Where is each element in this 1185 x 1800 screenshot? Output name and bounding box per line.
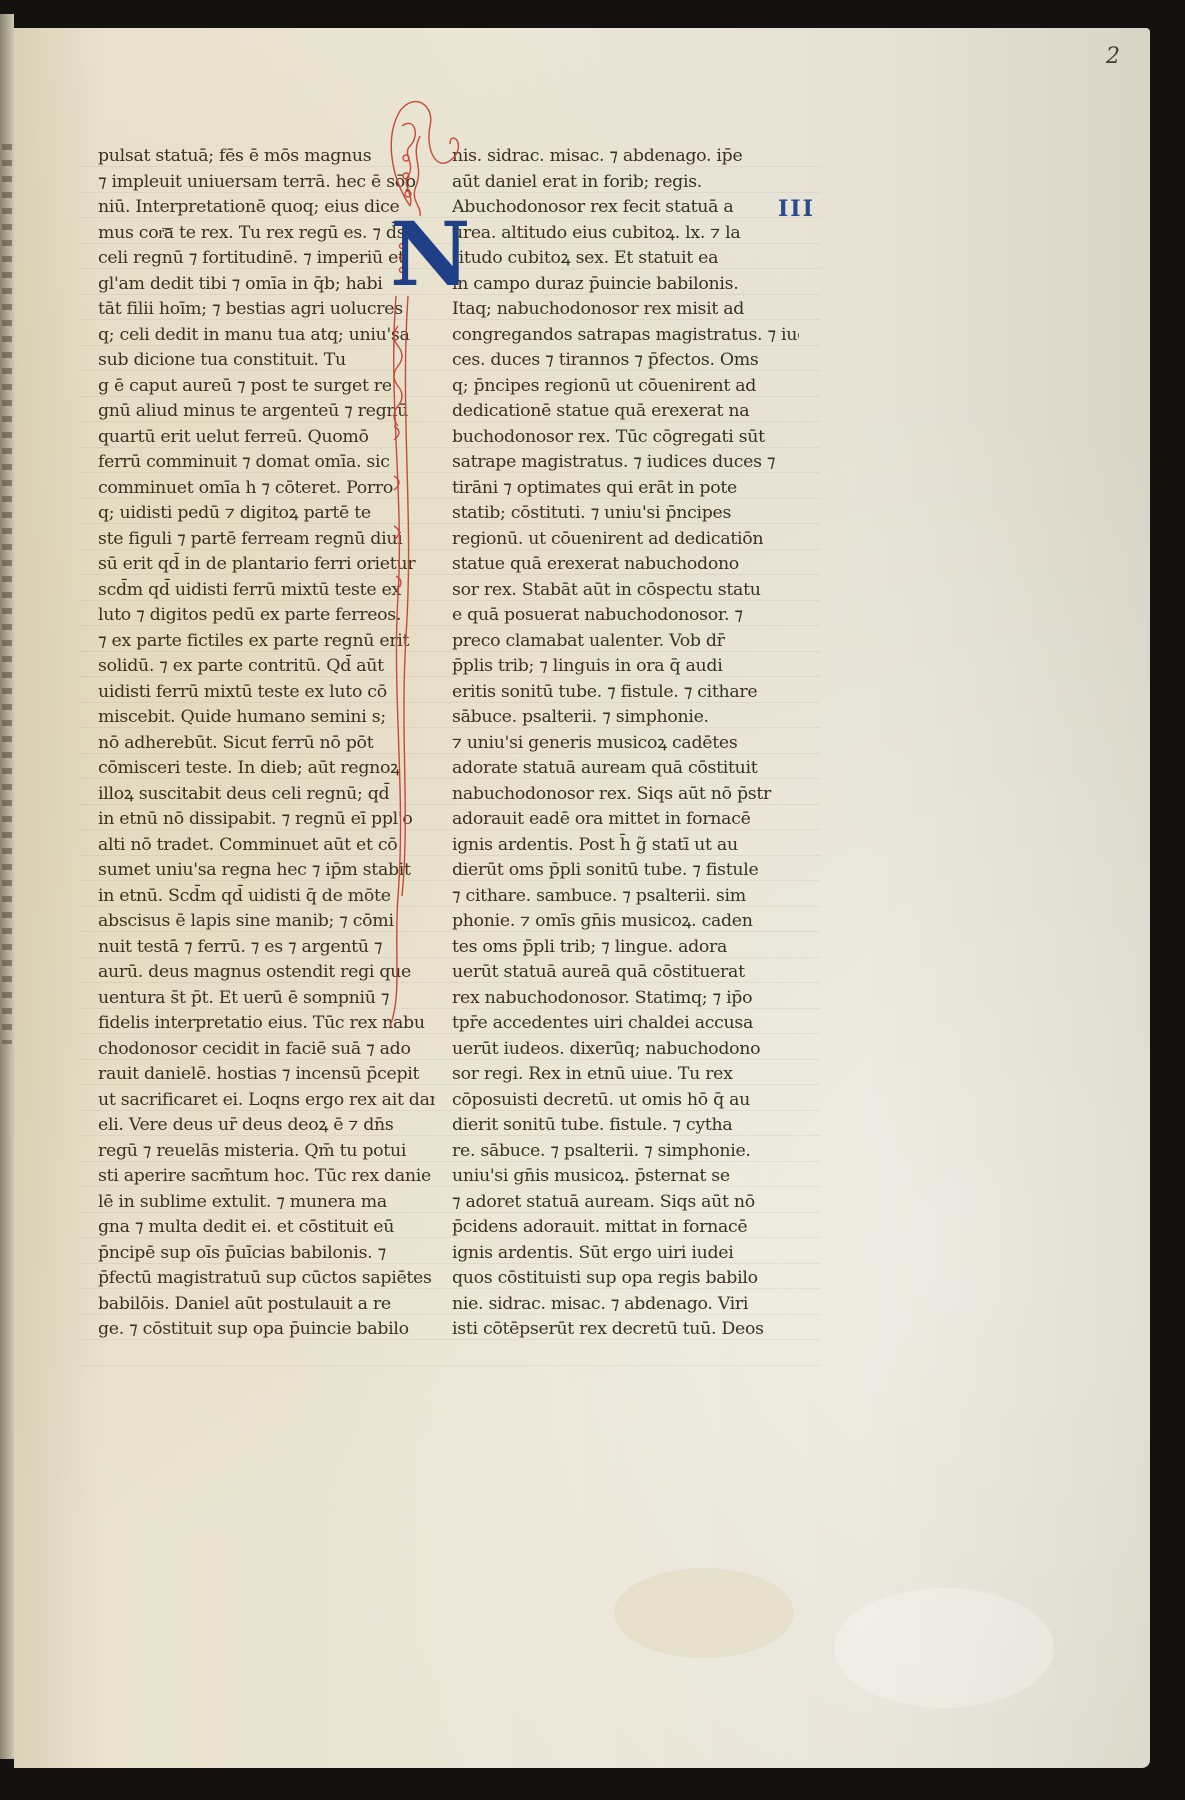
text-column-left: pulsat statuā; fēs ē mōs magnus⁊ impleui… bbox=[98, 144, 428, 1343]
text-line: q; p̄ncipes regionū ut cōuenirent ad bbox=[452, 374, 799, 400]
text-line: dierit sonitū tube. fistule. ⁊ cytha bbox=[452, 1113, 799, 1139]
text-line: satrape magistratus. ⁊ iudices duces ⁊ bbox=[452, 450, 799, 476]
text-line: eli. Vere deus ur̄ deus deoꝝ ē ⁊ dn̄s bbox=[98, 1113, 435, 1139]
initial-letter: N bbox=[390, 210, 470, 298]
text-line: cōposuisti decretū. ut omis hō q̄ au bbox=[452, 1088, 799, 1114]
text-line: Itaq; nabuchodonosor rex misit ad bbox=[452, 297, 799, 323]
text-line: tirāni ⁊ optimates qui erāt in pote bbox=[452, 476, 799, 502]
text-line: ⁊ cithare. sambuce. ⁊ psalterii. sim bbox=[452, 884, 799, 910]
text-line: lē in sublime extulit. ⁊ munera ma bbox=[98, 1190, 435, 1216]
text-line: re. sābuce. ⁊ psalterii. ⁊ simphonie. bbox=[452, 1139, 799, 1165]
text-line: dierūt oms p̄pli sonitū tube. ⁊ fistule bbox=[452, 858, 799, 884]
text-line: uerūt statuā aureā quā cōstituerat bbox=[452, 960, 799, 986]
text-line: sti aperire sacm̄tum hoc. Tūc rex danie bbox=[98, 1164, 435, 1190]
text-line: preco clamabat ualenter. Vob dr̄ bbox=[452, 629, 799, 655]
text-line: nie. sidrac. misac. ⁊ abdenago. Viri bbox=[452, 1292, 799, 1318]
text-line: isti cōtēpserūt rex decretū tuū. Deos bbox=[452, 1317, 799, 1343]
text-line: in campo duraz p̄uincie babilonis. bbox=[452, 272, 799, 298]
text-line: babilōis. Daniel aūt postulauit a re bbox=[98, 1292, 435, 1318]
ruling-line bbox=[80, 1365, 820, 1366]
text-line: ignis ardentis. Post h̄ g̃ statī ut au bbox=[452, 833, 799, 859]
previous-leaf-edge bbox=[0, 14, 14, 1759]
text-line: sor regi. Rex in etnū uiue. Tu rex bbox=[452, 1062, 799, 1088]
chapter-marker-text: III bbox=[778, 196, 815, 222]
text-line: congregandos satrapas magistratus. ⁊ iud… bbox=[452, 323, 799, 349]
previous-leaf-text-fragments bbox=[2, 144, 12, 1044]
text-line: Abuchodonosor rex fecit statuā a bbox=[452, 195, 799, 221]
text-line: rauit danielē. hostias ⁊ incensū p̄cepit bbox=[98, 1062, 435, 1088]
text-line: gna ⁊ multa dedit ei. et cōstituit eū bbox=[98, 1215, 435, 1241]
text-line: tpr̄e accedentes uiri chaldei accusa bbox=[452, 1011, 799, 1037]
text-line: statib; cōstituti. ⁊ uniu'si p̄ncipes bbox=[452, 501, 799, 527]
text-line: eritis sonitū tube. ⁊ fistule. ⁊ cithare bbox=[452, 680, 799, 706]
text-line: p̄ncipē sup oīs p̄uīcias babilonis. ⁊ bbox=[98, 1241, 435, 1267]
text-line: regionū. ut cōuenirent ad dedicatiōn bbox=[452, 527, 799, 553]
text-line: adorate statuā auream quā cōstituit bbox=[452, 756, 799, 782]
parchment-stain bbox=[834, 1588, 1054, 1708]
text-line: sābuce. psalterii. ⁊ simphonie. bbox=[452, 705, 799, 731]
text-line: chodonosor cecidit in faciē suā ⁊ ado bbox=[98, 1037, 435, 1063]
text-line: aūt daniel erat in forib; regis. bbox=[452, 170, 799, 196]
text-column-right: nis. sidrac. misac. ⁊ abdenago. ip̄eaūt … bbox=[452, 144, 792, 1343]
text-line: uniu'si gn̄is musicoꝝ. p̄sternat se bbox=[452, 1164, 799, 1190]
text-line: nis. sidrac. misac. ⁊ abdenago. ip̄e bbox=[452, 144, 799, 170]
text-line: p̄cidens adorauit. mittat in fornacē bbox=[452, 1215, 799, 1241]
text-line: buchodonosor rex. Tūc cōgregati sūt bbox=[452, 425, 799, 451]
text-line: phonie. ⁊ omīs gn̄is musicoꝝ. caden bbox=[452, 909, 799, 935]
chapter-marker: III bbox=[778, 196, 815, 222]
text-line: uerūt iudeos. dixerūq; nabuchodono bbox=[452, 1037, 799, 1063]
text-line: ut sacrificaret ei. Loqns ergo rex ait d… bbox=[98, 1088, 435, 1114]
text-line: ces. duces ⁊ tirannos ⁊ p̄fectos. Oms bbox=[452, 348, 799, 374]
text-line: rex nabuchodonosor. Statimq; ⁊ ip̄o bbox=[452, 986, 799, 1012]
text-line: ignis ardentis. Sūt ergo uiri iudei bbox=[452, 1241, 799, 1267]
text-line: tes oms p̄pli trib; ⁊ lingue. adora bbox=[452, 935, 799, 961]
text-line: nabuchodonosor rex. Siqs aūt nō p̄str bbox=[452, 782, 799, 808]
text-line: p̄fectū magistratuū sup cūctos sapiētes bbox=[98, 1266, 435, 1292]
decorated-initial: N bbox=[380, 96, 460, 1036]
text-line: e quā posuerat nabuchodonosor. ⁊ bbox=[452, 603, 799, 629]
text-line: ⁊ adoret statuā auream. Siqs aūt nō bbox=[452, 1190, 799, 1216]
text-line: adorauit eadē ora mittet in fornacē bbox=[452, 807, 799, 833]
text-line: urea. altitudo eius cubitoꝝ. lx. ⁊ la bbox=[452, 221, 799, 247]
parchment-stain bbox=[614, 1568, 794, 1658]
text-line: quos cōstituisti sup opa regis babilo bbox=[452, 1266, 799, 1292]
folio-number: 2 bbox=[1106, 44, 1120, 69]
text-line: p̄plis trib; ⁊ linguis in ora q̄ audi bbox=[452, 654, 799, 680]
text-line: statue quā erexerat nabuchodono bbox=[452, 552, 799, 578]
text-line: dedicationē statue quā erexerat na bbox=[452, 399, 799, 425]
text-line: ⁊ uniu'si generis musicoꝝ cadētes bbox=[452, 731, 799, 757]
text-line: regū ⁊ reuelās misteria. Qm̄ tu potui bbox=[98, 1139, 435, 1165]
text-line: sor rex. Stabāt aūt in cōspectu statu bbox=[452, 578, 799, 604]
text-line: titudo cubitoꝝ sex. Et statuit ea bbox=[452, 246, 799, 272]
text-line: ge. ⁊ cōstituit sup opa p̄uincie babilo bbox=[98, 1317, 435, 1343]
